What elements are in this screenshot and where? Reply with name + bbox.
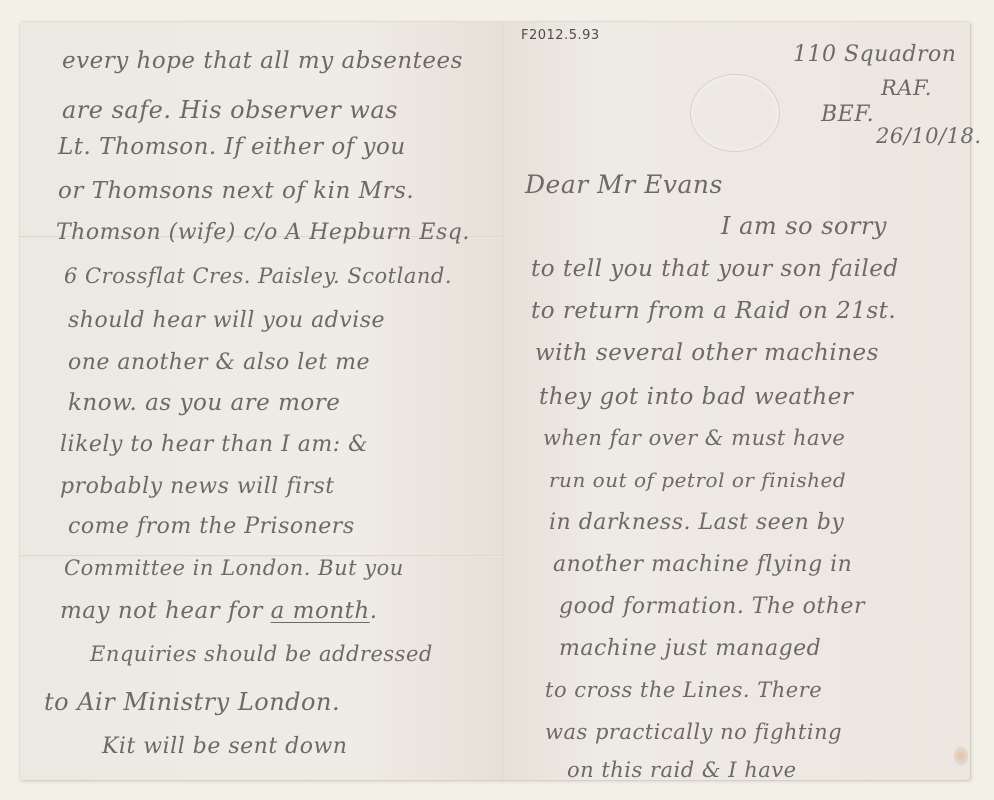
- left-line-2: are safe. His observer was: [62, 96, 398, 124]
- right-line-7: run out of petrol or finished: [549, 468, 846, 492]
- left-line-3: Lt. Thomson. If either of you: [58, 134, 406, 160]
- left-line-13: Committee in London. But you: [64, 556, 404, 580]
- right-line-1: I am so sorry: [721, 212, 887, 240]
- left-line-14: may not hear for a month.: [60, 598, 378, 624]
- letter-sheet: every hope that all my absentees are saf…: [20, 22, 970, 780]
- header-service: RAF.: [881, 76, 932, 100]
- right-line-9: another machine flying in: [553, 552, 852, 577]
- left-line-6: 6 Crossflat Cres. Paisley. Scotland.: [64, 264, 452, 288]
- left-line-1: every hope that all my absentees: [62, 48, 463, 74]
- left-line-12: come from the Prisoners: [68, 514, 355, 539]
- right-page: F2012.5.93 110 Squadron RAF. BEF. 26/10/…: [503, 22, 970, 780]
- right-line-14: on this raid & I have: [567, 758, 797, 782]
- right-line-4: with several other machines: [535, 340, 879, 366]
- left-line-5: Thomson (wife) c/o A Hepburn Esq.: [56, 220, 470, 245]
- left-line-10: likely to hear than I am: &: [60, 432, 368, 457]
- left-line-14-text: may not hear for a month.: [60, 598, 378, 624]
- right-line-8: in darkness. Last seen by: [549, 510, 844, 535]
- header-unit: 110 Squadron: [793, 42, 956, 67]
- left-line-16: to Air Ministry London.: [44, 688, 340, 716]
- header-location: BEF.: [821, 102, 874, 127]
- left-line-17: Kit will be sent down: [102, 734, 347, 759]
- header-date: 26/10/18.: [876, 124, 982, 148]
- left-line-4: or Thomsons next of kin Mrs.: [58, 178, 414, 204]
- right-line-12: to cross the Lines. There: [545, 678, 822, 702]
- left-line-15: Enquiries should be addressed: [90, 642, 433, 666]
- paper-stain: [954, 746, 968, 766]
- right-line-10: good formation. The other: [559, 594, 865, 619]
- salutation: Dear Mr Evans: [525, 170, 723, 199]
- left-line-8: one another & also let me: [68, 350, 370, 375]
- embossed-seal: [690, 74, 780, 152]
- left-line-7: should hear will you advise: [68, 308, 385, 333]
- catalog-number: F2012.5.93: [521, 28, 600, 43]
- underlined-phrase: a month: [271, 598, 370, 624]
- right-line-2: to tell you that your son failed: [531, 256, 899, 282]
- right-line-6: when far over & must have: [543, 426, 845, 450]
- right-line-3: to return from a Raid on 21st.: [531, 298, 896, 324]
- left-line-9: know. as you are more: [68, 390, 340, 416]
- left-page: every hope that all my absentees are saf…: [20, 22, 503, 780]
- right-line-5: they got into bad weather: [539, 384, 853, 410]
- left-line-11: probably news will first: [60, 474, 335, 499]
- right-line-13: was practically no fighting: [545, 720, 842, 744]
- right-line-11: machine just managed: [559, 636, 821, 661]
